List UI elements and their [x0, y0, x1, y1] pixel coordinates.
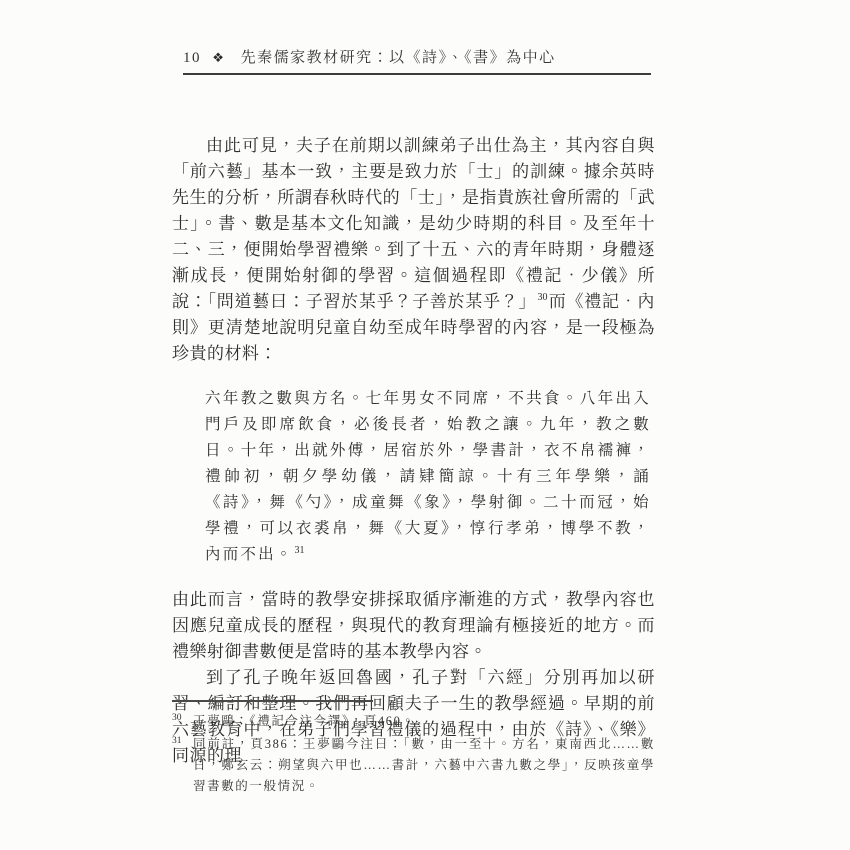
footnote-30-marker: 30: [172, 708, 182, 729]
page-number: 10: [183, 50, 201, 66]
block-quote: 六年教之數與方名。七年男女不同席，不共食。八年出入門戶及即席飲食，必後長者，始教…: [205, 386, 651, 568]
footnote-separator-rule: [172, 700, 373, 702]
footnote-ref-31: 31: [294, 545, 306, 556]
book-page: 10 ❖ 先秦儒家教材研究：以《詩》、《書》為中心 由此可見，夫子在前期以訓練弟…: [0, 0, 850, 850]
footnote-31-text: 同前註，頁386：王夢鷗今注曰：「數，由一至十。方名，東南西北……數日，鄭玄云：…: [193, 737, 655, 793]
ornament-icon: ❖: [212, 50, 225, 65]
paragraph-2: 由此而言，當時的教學安排採取循序漸進的方式，教學內容也因應兒童成長的歷程，與現代…: [172, 587, 655, 665]
footnote-31-marker: 31: [172, 731, 182, 752]
running-head: 10 ❖ 先秦儒家教材研究：以《詩》、《書》為中心: [183, 46, 651, 75]
main-text-column: 由此可見，夫子在前期以訓練弟子出仕為主，其內容自與「前六藝」基本一致，主要是致力…: [172, 133, 655, 769]
paragraph-1: 由此可見，夫子在前期以訓練弟子出仕為主，其內容自與「前六藝」基本一致，主要是致力…: [172, 133, 655, 367]
footnote-ref-30: 30: [536, 292, 548, 303]
footnote-30-text: 王夢鷗：《禮記今注今譯》，頁460。: [193, 714, 416, 728]
block-quote-text: 六年教之數與方名。七年男女不同席，不共食。八年出入門戶及即席飲食，必後長者，始教…: [205, 390, 651, 563]
footnote-area: 30 王夢鷗：《禮記今注今譯》，頁460。 31 同前註，頁386：王夢鷗今注曰…: [172, 700, 655, 799]
running-head-title: 先秦儒家教材研究：以《詩》、《書》為中心: [241, 50, 556, 66]
footnote-31: 31 同前註，頁386：王夢鷗今注曰：「數，由一至十。方名，東南西北……數日，鄭…: [172, 734, 655, 797]
paragraph-1-text-a: 由此可見，夫子在前期以訓練弟子出仕為主，其內容自與「前六藝」基本一致，主要是致力…: [172, 136, 655, 311]
footnote-30: 30 王夢鷗：《禮記今注今譯》，頁460。: [172, 711, 655, 732]
